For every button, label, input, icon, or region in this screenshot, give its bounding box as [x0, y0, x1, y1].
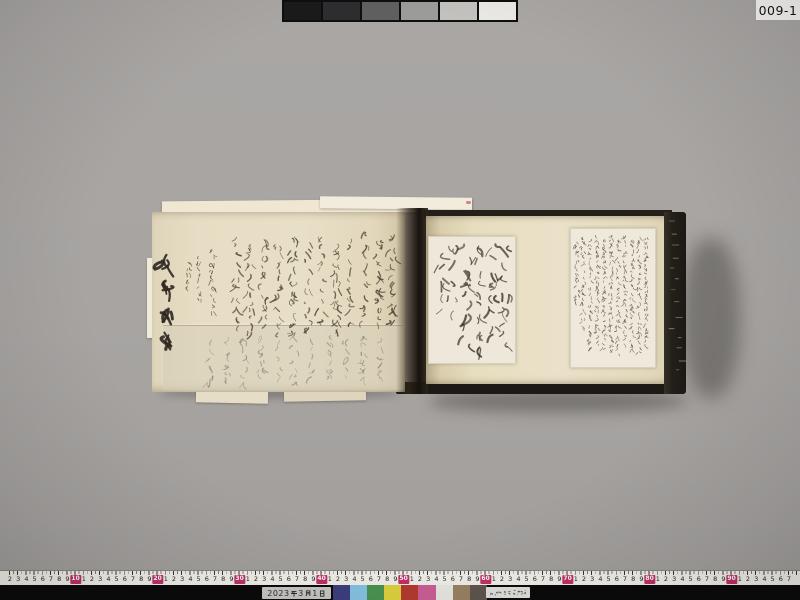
- ruler-number: 7: [295, 575, 299, 584]
- ruler-number: 3: [754, 575, 758, 584]
- color-patch: [333, 585, 350, 600]
- date-stamp: 202331: [262, 587, 331, 599]
- museum-credit-label: [486, 587, 530, 598]
- ruler-number: 6: [697, 575, 701, 584]
- date-kanji-glyph: [304, 589, 312, 598]
- ruler-number: 9: [475, 575, 479, 584]
- ruler-number: 7: [705, 575, 709, 584]
- ruler-tens-label: 60: [480, 575, 491, 584]
- ruler-number: 9: [311, 575, 315, 584]
- ruler-tens-label: 90: [726, 575, 737, 584]
- ruler-number: 6: [205, 575, 209, 584]
- ruler-number: 5: [197, 575, 201, 584]
- ruler-number: 4: [762, 575, 766, 584]
- ruler-number: 8: [139, 575, 143, 584]
- ruler-number: 4: [106, 575, 110, 584]
- grayscale-patch: [362, 2, 399, 20]
- ruler-half-ticks: [9, 571, 800, 574]
- ruler-number: 5: [525, 575, 529, 584]
- ruler-number: 6: [41, 575, 45, 584]
- ruler-number: 5: [689, 575, 693, 584]
- ruler-number: 3: [672, 575, 676, 584]
- ruler-tens-label: 20: [152, 575, 163, 584]
- ruler-number: 8: [467, 575, 471, 584]
- ruler-number: 9: [557, 575, 561, 584]
- ruler-number: 9: [229, 575, 233, 584]
- ruler-number: 2: [746, 575, 750, 584]
- ruler-number: 8: [631, 575, 635, 584]
- ruler-number: 9: [393, 575, 397, 584]
- book-gutter: [396, 208, 428, 394]
- ruler-number: 4: [434, 575, 438, 584]
- color-patch: [384, 585, 401, 600]
- grayscale-patch: [401, 2, 438, 20]
- date-digit: 2: [267, 589, 272, 598]
- ruler-number: 1: [246, 575, 250, 584]
- pasted-slip-small-hand: [570, 228, 656, 368]
- color-calibration-bar: [333, 585, 487, 600]
- ruler-number: 7: [131, 575, 135, 584]
- book-shadow-right: [682, 238, 740, 398]
- ruler-number: 5: [607, 575, 611, 584]
- ruler-number: 2: [418, 575, 422, 584]
- ruler-number: 2: [500, 575, 504, 584]
- ruler-number: 8: [303, 575, 307, 584]
- ruler-number: 7: [213, 575, 217, 584]
- ruler-number: 6: [451, 575, 455, 584]
- ruler-number: 4: [516, 575, 520, 584]
- date-digit: 3: [298, 589, 303, 598]
- ruler-number: 9: [147, 575, 151, 584]
- ruler-number: 4: [680, 575, 684, 584]
- ruler-number: 6: [533, 575, 537, 584]
- ruler-number: 3: [344, 575, 348, 584]
- ruler-number: 7: [377, 575, 381, 584]
- ruler-tens-label: 10: [70, 575, 81, 584]
- ruler-number: 8: [57, 575, 61, 584]
- ruler-number: 9: [721, 575, 725, 584]
- grayscale-patch: [323, 2, 360, 20]
- ruler-number: 2: [336, 575, 340, 584]
- date-digit: 0: [273, 589, 278, 598]
- color-patch: [367, 585, 384, 600]
- ruler-tens-label: 40: [316, 575, 327, 584]
- color-patch: [418, 585, 435, 600]
- color-patch: [453, 585, 470, 600]
- ruler-number: 7: [623, 575, 627, 584]
- pasted-slip-large-hand: [428, 236, 516, 364]
- ruler-number: 8: [385, 575, 389, 584]
- ruler-number: 6: [123, 575, 127, 584]
- ruler-number: 7: [459, 575, 463, 584]
- ruler-number: 2: [254, 575, 258, 584]
- ruler-number: 6: [287, 575, 291, 584]
- date-digit: 3: [284, 589, 289, 598]
- ruler-number: 1: [738, 575, 742, 584]
- ruler-number: 3: [98, 575, 102, 584]
- ruler-number: 6: [615, 575, 619, 584]
- color-patch: [350, 585, 367, 600]
- ruler-number: 1: [492, 575, 496, 584]
- ruler-number: 8: [221, 575, 225, 584]
- ruler-number: 7: [49, 575, 53, 584]
- ruler-number: 3: [426, 575, 430, 584]
- ruler-number: 4: [24, 575, 28, 584]
- grayscale-patch: [284, 2, 321, 20]
- grayscale-patch: [479, 2, 516, 20]
- date-kanji-glyph: [318, 589, 326, 598]
- ruler-number: 6: [779, 575, 783, 584]
- color-patch: [436, 585, 453, 600]
- photo-canvas: 009-1 2345678910123456789201234567893012…: [0, 0, 800, 600]
- ruler-number: 7: [541, 575, 545, 584]
- date-digit: 1: [312, 589, 317, 598]
- ruler-number: 4: [270, 575, 274, 584]
- ruler-number: 9: [65, 575, 69, 584]
- translucent-overlay-sheet: [163, 325, 403, 390]
- ruler-number: 5: [279, 575, 283, 584]
- ruler-number: 5: [33, 575, 37, 584]
- ruler-number: 7: [787, 575, 791, 584]
- ruler-tens-label: 50: [398, 575, 409, 584]
- photo-id-label: 009-1: [756, 0, 800, 20]
- ruler-number: 3: [508, 575, 512, 584]
- ruler-number: 1: [164, 575, 168, 584]
- book-fore-edge: [664, 212, 686, 394]
- ruler-number: 3: [262, 575, 266, 584]
- ruler-tens-label: 70: [562, 575, 573, 584]
- ruler-number: 1: [82, 575, 86, 584]
- color-patch: [470, 585, 487, 600]
- ruler-number: 4: [352, 575, 356, 584]
- ruler-number: 4: [188, 575, 192, 584]
- ruler-number: 2: [172, 575, 176, 584]
- ruler-tens-label: 80: [644, 575, 655, 584]
- ruler-number: 5: [443, 575, 447, 584]
- ruler-number: 1: [574, 575, 578, 584]
- page-edge-red-speck: [466, 201, 471, 204]
- cm-ruler: 2345678910123456789201234567893012345678…: [0, 570, 800, 585]
- ruler-number: 6: [369, 575, 373, 584]
- ruler-number: 5: [771, 575, 775, 584]
- ruler-tens-label: 30: [234, 575, 245, 584]
- date-kanji-glyph: [290, 589, 298, 598]
- credit-text-glyphs: [488, 589, 528, 597]
- ruler-number: 2: [582, 575, 586, 584]
- grayscale-patch: [440, 2, 477, 20]
- color-patch: [401, 585, 418, 600]
- footer-strip: 202331: [0, 585, 800, 600]
- ruler-number: 2: [8, 575, 12, 584]
- grayscale-calibration-bar: [282, 0, 518, 22]
- date-digit: 2: [278, 589, 283, 598]
- ruler-number: 5: [361, 575, 365, 584]
- ruler-number: 8: [549, 575, 553, 584]
- ruler-number: 3: [16, 575, 20, 584]
- ruler-number: 1: [656, 575, 660, 584]
- ruler-number: 5: [115, 575, 119, 584]
- ruler-number: 1: [328, 575, 332, 584]
- ruler-number: 3: [590, 575, 594, 584]
- ruler-number: 8: [713, 575, 717, 584]
- ruler-number: 2: [664, 575, 668, 584]
- ruler-number: 3: [180, 575, 184, 584]
- ruler-number: 9: [639, 575, 643, 584]
- ruler-number: 4: [598, 575, 602, 584]
- ruler-number: 2: [90, 575, 94, 584]
- ruler-number: 1: [410, 575, 414, 584]
